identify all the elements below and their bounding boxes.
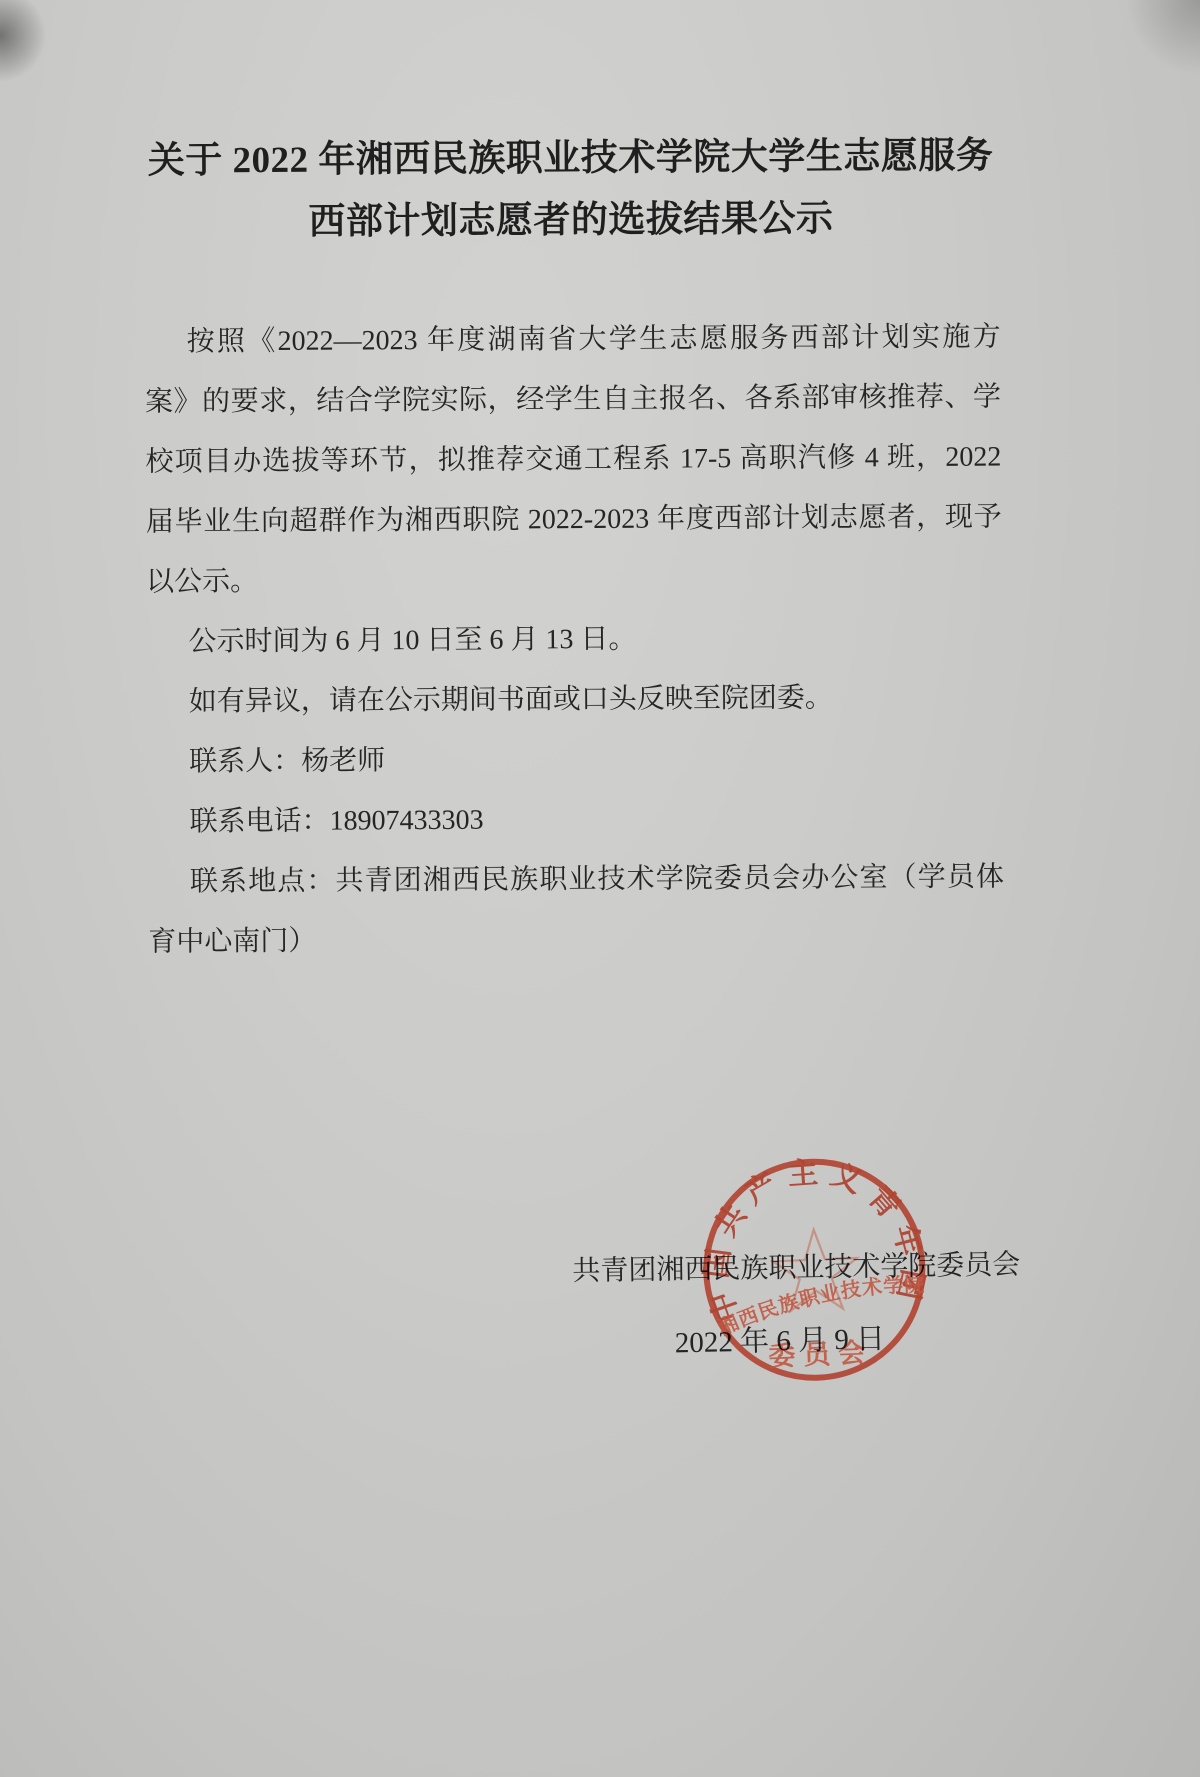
official-seal: 中国共产主义青年团 湘西民族职业技术学院 委员会 (695, 1146, 937, 1393)
body-line: 案》的要求，结合学院实际，经学生自主报名、各系部审核推荐、学 (145, 368, 1001, 433)
body-line: 校项目办选拔等环节，拟推荐交通工程系 17-5 高职汽修 4 班，2022 (145, 428, 1001, 493)
document-title: 关于 2022 年湘西民族职业技术学院大学生志愿服务 西部计划志愿者的选拔结果公… (135, 126, 1006, 255)
scanned-document-photo: 关于 2022 年湘西民族职业技术学院大学生志愿服务 西部计划志愿者的选拔结果公… (0, 0, 1200, 1777)
title-line-1: 关于 2022 年湘西民族职业技术学院大学生志愿服务 (135, 126, 1005, 193)
seal-bottom-text: 委员会 (768, 1337, 874, 1371)
body-line: 以公示。 (146, 548, 1002, 613)
announcement-document: 关于 2022 年湘西民族职业技术学院大学生志愿服务 西部计划志愿者的选拔结果公… (0, 0, 1200, 1777)
body-line: 按照《2022—2023 年度湖南省大学生志愿服务西部计划实施方 (144, 308, 1000, 373)
body-line-contact-phone: 联系电话：18907433303 (147, 788, 1003, 853)
document-body: 按照《2022—2023 年度湖南省大学生志愿服务西部计划实施方 案》的要求，结… (144, 308, 1004, 973)
body-line-contact-person: 联系人：杨老师 (147, 728, 1003, 793)
seal-graphic: 中国共产主义青年团 湘西民族职业技术学院 委员会 (695, 1146, 937, 1393)
body-line-contact-address: 联系地点：共青团湘西民族职业技术学院委员会办公室（学员体 (148, 848, 1004, 913)
body-line-objection-note: 如有异议，请在公示期间书面或口头反映至院团委。 (147, 668, 1003, 733)
title-line-2: 西部计划志愿者的选拔结果公示 (136, 188, 1006, 255)
body-line-publicity-period: 公示时间为 6 月 10 日至 6 月 13 日。 (146, 608, 1002, 673)
body-line: 届毕业生向超群作为湘西职院 2022-2023 年度西部计划志愿者，现予 (146, 488, 1002, 553)
body-line: 育中心南门） (148, 908, 1004, 973)
